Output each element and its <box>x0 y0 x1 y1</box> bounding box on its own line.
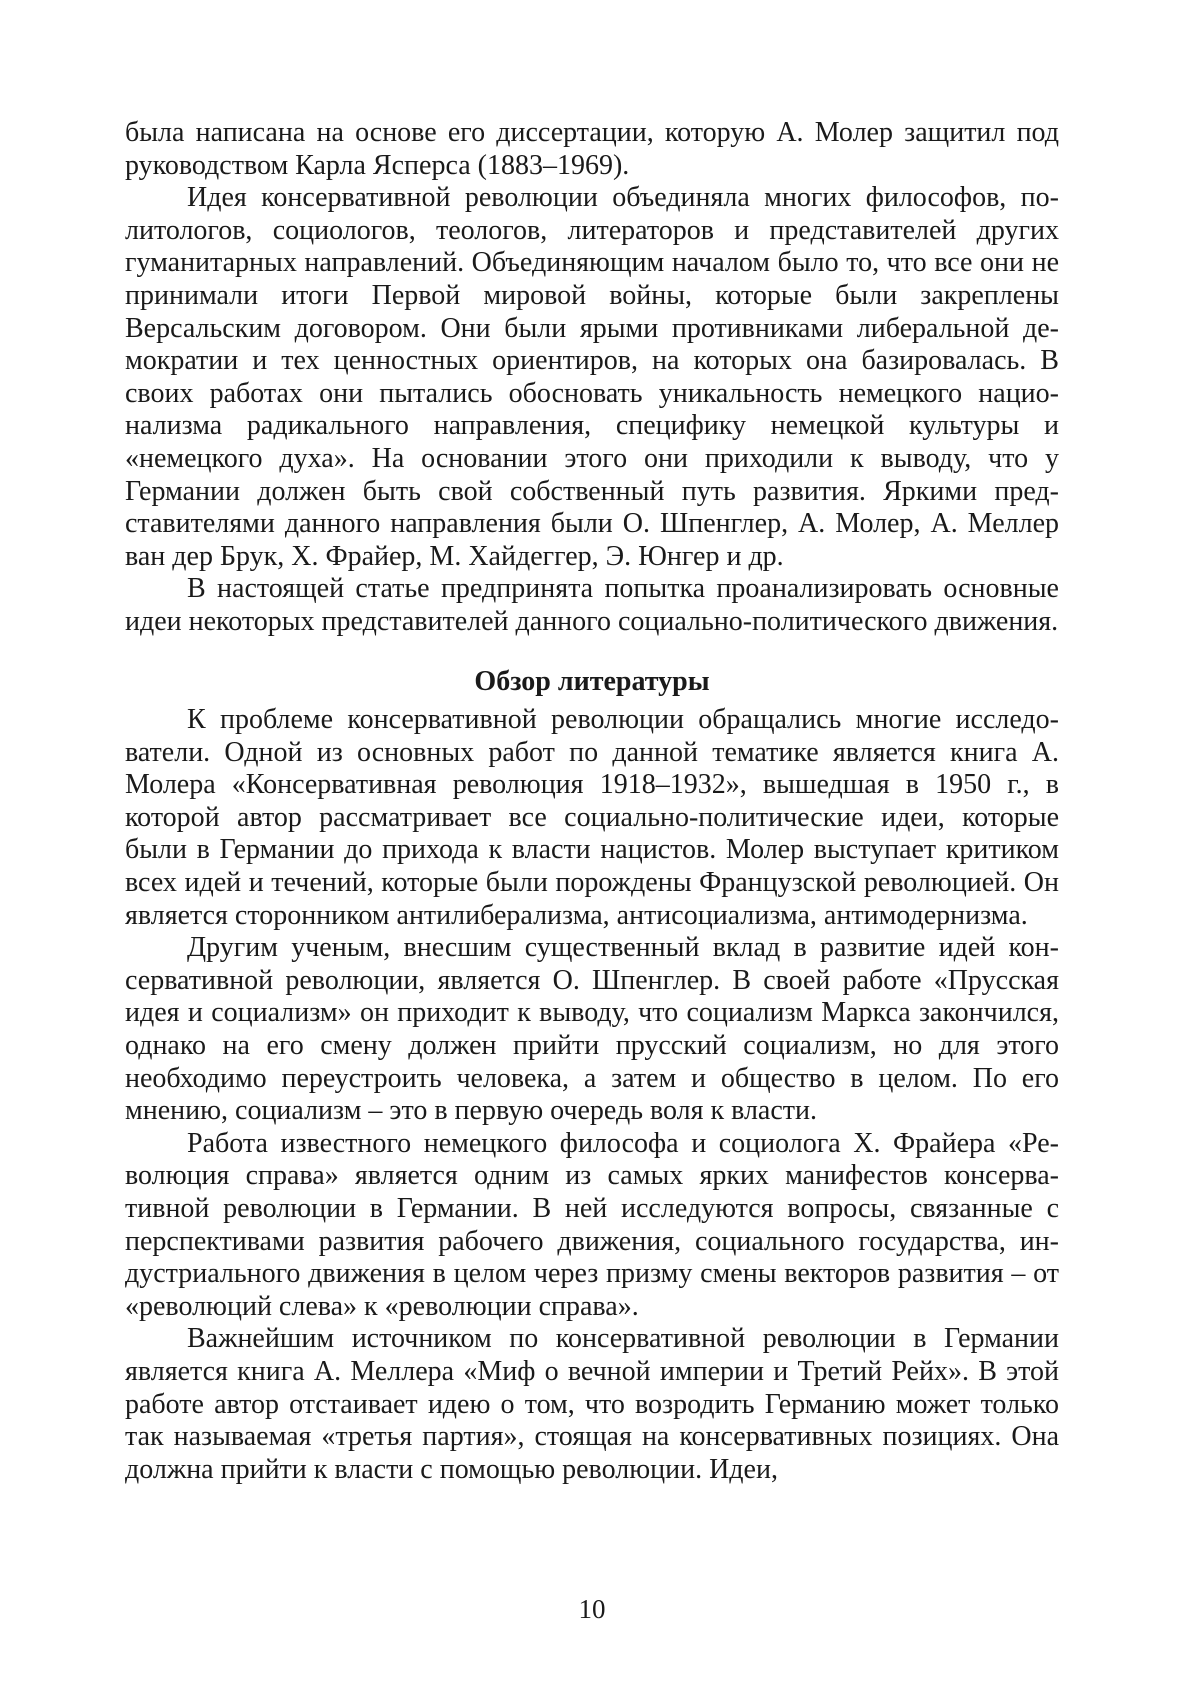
paragraph: Работа известного немецкого философа и с… <box>125 1128 1059 1324</box>
paragraph: Другим ученым, внесшим существенный вкла… <box>125 932 1059 1128</box>
text-block: была написана на основе его диссертации,… <box>125 117 1059 1486</box>
paragraph: К проблеме консервативной революции обра… <box>125 704 1059 932</box>
paragraph: Важнейшим источником по консервативной р… <box>125 1323 1059 1486</box>
paragraph: Идея консервативной революции объединяла… <box>125 182 1059 573</box>
paragraph: В настоящей статье предпринята попытка п… <box>125 573 1059 638</box>
document-page: была написана на основе его диссертации,… <box>0 0 1200 1698</box>
paragraph: была написана на основе его диссертации,… <box>125 117 1059 182</box>
page-number: 10 <box>125 1594 1059 1625</box>
section-heading: Обзор литературы <box>125 666 1059 699</box>
